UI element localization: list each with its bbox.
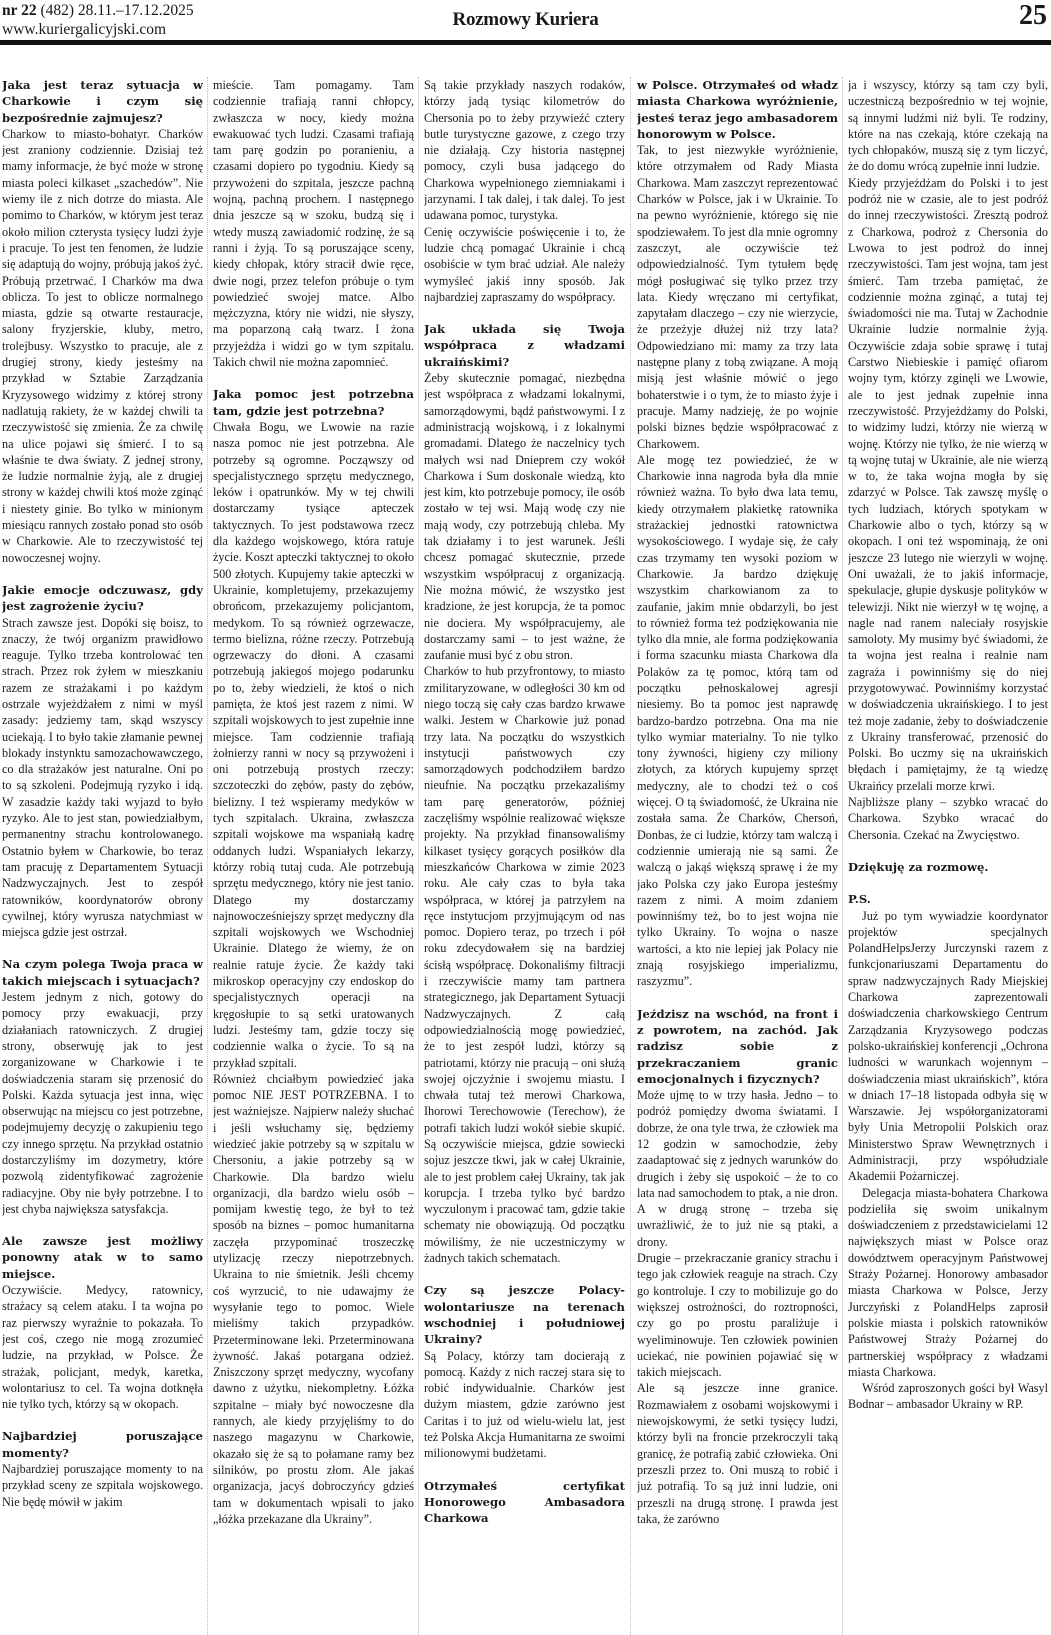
article-column-1: Jaka jest teraz sytuacja w Charkowie i c… xyxy=(2,77,203,1635)
interview-question: Jaka pomoc jest potrzebna tam, gdzie jes… xyxy=(213,386,414,419)
interview-question: Czy są jeszcze Polacy-wolontariusze na t… xyxy=(424,1282,625,1347)
section-spacer xyxy=(424,305,625,321)
answer-paragraph: Charkow to miasto-bohatyr. Charków jest … xyxy=(2,126,203,566)
answer-paragraph: Ale są jeszcze inne granice. Rozmawiałem… xyxy=(637,1380,838,1527)
interview-question: w Polsce. Otrzymałeś od władz miasta Cha… xyxy=(637,77,838,142)
interview-question: Otrzymałeś certyfikat Honorowego Ambasad… xyxy=(424,1478,625,1527)
section-spacer xyxy=(424,1462,625,1478)
interview-question: Na czym polega Twoja praca w takich miej… xyxy=(2,956,203,989)
article-body: Jaka jest teraz sytuacja w Charkowie i c… xyxy=(0,77,1051,1635)
section-spacer xyxy=(2,566,203,582)
section-spacer xyxy=(213,370,414,386)
answer-paragraph: Są takie przykłady naszych rodaków, któr… xyxy=(424,77,625,224)
answer-paragraph: Może ujmę to w trzy hasła. Jedno – to po… xyxy=(637,1087,838,1250)
interview-question: Jak układa się Twoja współpraca z władza… xyxy=(424,321,625,370)
interview-question: Jakie emocje odczuwasz, gdy jest zagroże… xyxy=(2,582,203,615)
answer-paragraph: Już po tym wywiadzie koordynator projekt… xyxy=(848,908,1048,1185)
article-column-5: ja i wszyscy, którzy są tam czy byli, uc… xyxy=(848,77,1048,1635)
section-spacer xyxy=(2,940,203,956)
answer-paragraph: Drugie – przekraczanie granicy strachu i… xyxy=(637,1250,838,1380)
answer-paragraph: Ale mogę tez powiedzieć, że w Charkowie … xyxy=(637,452,838,990)
answer-paragraph: Charków to hub przyfrontowy, to miasto z… xyxy=(424,663,625,1266)
answer-paragraph: Również chciałbym powiedzieć jaka pomoc … xyxy=(213,1071,414,1527)
interview-question: Jeździsz na wschód, na front i z powrote… xyxy=(637,1006,838,1087)
answer-paragraph: Chwała Bogu, we Lwowie na razie nasza po… xyxy=(213,419,414,1071)
answer-paragraph: Strach zawsze jest. Dopóki się boisz, to… xyxy=(2,615,203,941)
interview-question: P.S. xyxy=(848,891,1048,907)
answer-paragraph: Najbardziej poruszające momenty to na pr… xyxy=(2,1461,203,1510)
page-masthead: nr 22 (482) 28.11.–17.12.2025 www.kurier… xyxy=(0,0,1051,46)
article-column-4: w Polsce. Otrzymałeś od władz miasta Cha… xyxy=(637,77,838,1635)
article-column-2: mieście. Tam pomagamy. Tam codziennie tr… xyxy=(213,77,414,1635)
answer-paragraph: Żeby skutecznie pomagać, niezbędna jest … xyxy=(424,370,625,663)
answer-paragraph: ja i wszyscy, którzy są tam czy byli, uc… xyxy=(848,77,1048,175)
answer-paragraph: Oczywiście. Medycy, ratownicy, strażacy … xyxy=(2,1282,203,1412)
answer-paragraph: Jestem jednym z nich, gotowy do pomocy p… xyxy=(2,989,203,1217)
answer-paragraph: Delegacja miasta-bohatera Charkowa podzi… xyxy=(848,1185,1048,1381)
answer-paragraph: Najbliższe plany – szybko wracać do Char… xyxy=(848,794,1048,843)
article-column-3: Są takie przykłady naszych rodaków, któr… xyxy=(424,77,625,1635)
answer-paragraph: Cenię oczywiście poświęcenie i to, że lu… xyxy=(424,224,625,305)
answer-paragraph: Tak, to jest niezwykłe wyróżnienie, któr… xyxy=(637,142,838,452)
answer-paragraph: Wśród zaproszonych gości był Wasyl Bodna… xyxy=(848,1380,1048,1413)
section-spacer xyxy=(848,875,1048,891)
section-title: Rozmowy Kuriera xyxy=(0,9,1051,31)
section-spacer xyxy=(637,990,838,1006)
answer-paragraph: Kiedy przyjeżdżam do Polski i to jest po… xyxy=(848,175,1048,794)
interview-question: Dziękuję za rozmowę. xyxy=(848,859,1048,875)
interview-question: Jaka jest teraz sytuacja w Charkowie i c… xyxy=(2,77,203,126)
answer-paragraph: Są Polacy, którzy tam docierają z pomocą… xyxy=(424,1348,625,1462)
interview-question: Ale zawsze jest możliwy ponowny atak w t… xyxy=(2,1233,203,1282)
section-spacer xyxy=(424,1266,625,1282)
section-spacer xyxy=(2,1217,203,1233)
page-number: 25 xyxy=(1019,0,1047,32)
section-spacer xyxy=(2,1412,203,1428)
answer-paragraph: mieście. Tam pomagamy. Tam codziennie tr… xyxy=(213,77,414,370)
interview-question: Najbardziej poruszające momenty? xyxy=(2,1428,203,1461)
header-rule xyxy=(0,40,1051,45)
section-spacer xyxy=(848,843,1048,859)
